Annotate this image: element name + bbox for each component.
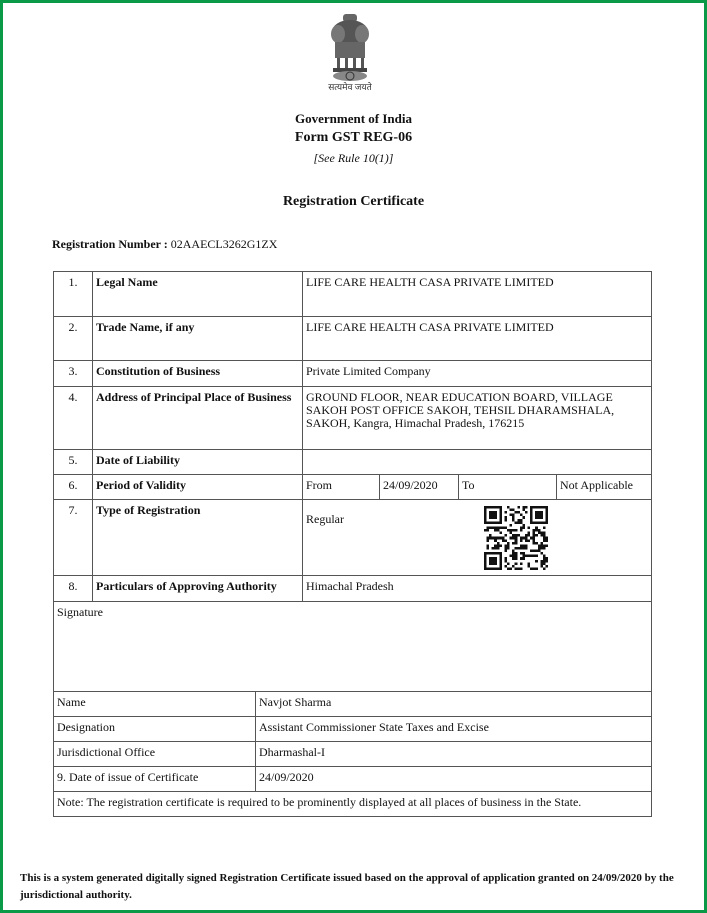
row-label: Type of Registration	[93, 500, 303, 576]
row-number: 8.	[54, 576, 93, 602]
row-label: Legal Name	[93, 272, 303, 317]
row-label: Period of Validity	[93, 475, 303, 500]
address-value: GROUND FLOOR, NEAR EDUCATION BOARD, VILL…	[303, 387, 652, 450]
signature-row: Signature	[54, 602, 652, 692]
validity-to-value: Not Applicable	[557, 475, 652, 500]
table-row: 6. Period of Validity From 24/09/2020 To…	[54, 475, 652, 500]
table-row: Name Navjot Sharma	[54, 692, 652, 717]
row-label: Trade Name, if any	[93, 317, 303, 361]
table-row: Note: The registration certificate is re…	[54, 792, 652, 817]
validity-from-label: From	[303, 475, 380, 500]
table-row: 4. Address of Principal Place of Busines…	[54, 387, 652, 450]
field-label: 9. Date of issue of Certificate	[54, 767, 256, 792]
rule-reference: [See Rule 10(1)]	[0, 151, 707, 166]
field-label: Jurisdictional Office	[54, 742, 256, 767]
registration-details-table: 1. Legal Name LIFE CARE HEALTH CASA PRIV…	[53, 271, 652, 602]
state-emblem-icon	[323, 12, 377, 90]
signature-label: Signature	[54, 602, 652, 692]
row-number: 5.	[54, 450, 93, 475]
registration-type-value: Regular	[306, 513, 344, 526]
signature-table: Signature Name Navjot Sharma Designation…	[53, 601, 652, 817]
field-label: Name	[54, 692, 256, 717]
registration-type-cell: Regular	[303, 500, 652, 576]
registration-number-label: Registration Number :	[52, 237, 168, 251]
footer-disclaimer: This is a system generated digitally sig…	[20, 870, 690, 904]
registration-number-value: 02AAECL3262G1ZX	[171, 237, 278, 251]
row-number: 3.	[54, 361, 93, 387]
table-row: Designation Assistant Commissioner State…	[54, 717, 652, 742]
legal-name-value: LIFE CARE HEALTH CASA PRIVATE LIMITED	[303, 272, 652, 317]
row-label: Constitution of Business	[93, 361, 303, 387]
designation-value: Assistant Commissioner State Taxes and E…	[256, 717, 652, 742]
row-number: 7.	[54, 500, 93, 576]
validity-from-value: 24/09/2020	[380, 475, 459, 500]
form-title: Form GST REG-06	[0, 130, 707, 146]
officer-name-value: Navjot Sharma	[256, 692, 652, 717]
constitution-value: Private Limited Company	[303, 361, 652, 387]
jurisdictional-office-value: Dharmashal-I	[256, 742, 652, 767]
emblem-motto: सत्यमेव जयते	[300, 80, 400, 93]
date-of-liability-value	[303, 450, 652, 475]
validity-to-label: To	[459, 475, 557, 500]
row-number: 2.	[54, 317, 93, 361]
field-label: Designation	[54, 717, 256, 742]
trade-name-value: LIFE CARE HEALTH CASA PRIVATE LIMITED	[303, 317, 652, 361]
table-row: 9. Date of issue of Certificate 24/09/20…	[54, 767, 652, 792]
table-row: Jurisdictional Office Dharmashal-I	[54, 742, 652, 767]
certificate-title: Registration Certificate	[0, 194, 707, 210]
qr-code-icon	[484, 506, 548, 570]
table-row: 5. Date of Liability	[54, 450, 652, 475]
row-number: 4.	[54, 387, 93, 450]
row-label: Date of Liability	[93, 450, 303, 475]
government-heading: Government of India	[0, 111, 707, 127]
row-label: Address of Principal Place of Business	[93, 387, 303, 450]
row-number: 1.	[54, 272, 93, 317]
registration-number: Registration Number : 02AAECL3262G1ZX	[52, 237, 277, 252]
issue-date-value: 24/09/2020	[256, 767, 652, 792]
approving-authority-value: Himachal Pradesh	[303, 576, 652, 602]
table-row: 2. Trade Name, if any LIFE CARE HEALTH C…	[54, 317, 652, 361]
table-row: 7. Type of Registration Regular	[54, 500, 652, 576]
table-row: 1. Legal Name LIFE CARE HEALTH CASA PRIV…	[54, 272, 652, 317]
table-row: 3. Constitution of Business Private Limi…	[54, 361, 652, 387]
display-note: Note: The registration certificate is re…	[54, 792, 652, 817]
row-label: Particulars of Approving Authority	[93, 576, 303, 602]
row-number: 6.	[54, 475, 93, 500]
table-row: 8. Particulars of Approving Authority Hi…	[54, 576, 652, 602]
